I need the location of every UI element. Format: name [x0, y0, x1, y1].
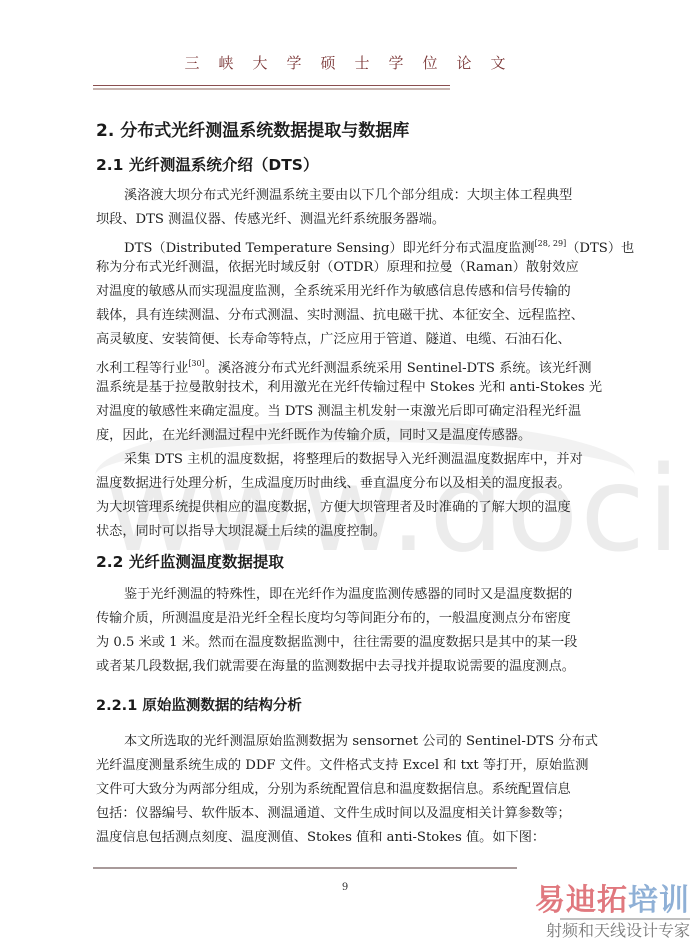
citation-28-29[interactable]: [28, 29] [535, 239, 567, 248]
section-heading-2-2: 2.2 光纤监测温度数据提取 [96, 550, 284, 572]
paragraph-2-line-4: 载体，具有连续测温、分布式测温、实时测温、抗电磁干扰、本征安全、远程监控、 [96, 308, 584, 324]
paragraph-2-line-5: 高灵敏度、安装简便、长寿命等特点，广泛应用于管道、隧道、电缆、石油石化、 [96, 332, 571, 348]
paragraph-5-line-5: 温度信息包括测点刻度、温度测值、Stokes 值和 anti-Stokes 值。… [96, 830, 545, 846]
header-rule-dark [93, 85, 450, 86]
paragraph-3-line-2: 温度数据进行处理分析，生成温度历时曲线、垂直温度分布以及相关的温度报表。 [96, 476, 571, 492]
paragraph-2-line-1-tail: （DTS）也 [566, 241, 634, 256]
paragraph-2-line-9: 度，因此，在光纤测温过程中光纤既作为传输介质，同时又是温度传感器。 [96, 428, 531, 444]
corner-logo-blue-text: 培训 [628, 883, 690, 918]
paragraph-3-line-3: 为大坝管理系统提供相应的温度数据，方便大坝管理者及时准确的了解大坝的温度 [96, 500, 571, 516]
paragraph-1-line-2: 坝段、DTS 测温仪器、传感光纤、测温光纤系统服务器端。 [96, 212, 445, 228]
corner-logo-red-text: 易迪拓 [535, 883, 628, 918]
citation-30[interactable]: [30] [188, 359, 204, 368]
paragraph-3-line-1: 采集 DTS 主机的温度数据，将整理后的数据导入光纤测温温度数据库中，并对 [124, 452, 583, 468]
paragraph-2-line-1: DTS（Distributed Temperature Sensing）即光纤分… [124, 236, 634, 257]
paragraph-2-line-2: 称为分布式光纤测温，依据光时域反射（OTDR）原理和拉曼（Raman）散射效应 [96, 260, 579, 276]
paragraph-5-line-4: 包括：仪器编号、软件版本、测温通道、文件生成时间以及温度相关计算参数等； [96, 806, 571, 822]
header-rule-light [93, 88, 450, 90]
paragraph-4-line-4: 或者某几段数据,我们就需要在海量的监测数据中去寻找并提取说需要的温度测点。 [96, 659, 575, 675]
paragraph-5-line-1: 本文所选取的光纤测温原始监测数据为 sensornet 公司的 Sentinel… [124, 734, 598, 750]
paragraph-2-line-8: 对温度的敏感性来确定温度。当 DTS 测温主机发射一束激光后即可确定沿程光纤温 [96, 404, 581, 420]
subsection-heading-2-2-1: 2.2.1 原始监测数据的结构分析 [96, 694, 302, 715]
paragraph-5-line-2: 光纤温度测量系统生成的 DDF 文件。文件格式支持 Excel 和 txt 等打… [96, 758, 588, 774]
running-header-title: 三峡大学硕士学位论文 [0, 52, 690, 73]
chapter-heading: 2. 分布式光纤测温系统数据提取与数据库 [96, 116, 409, 141]
paragraph-3-line-4: 状态，同时可以指导大坝混凝土后续的温度控制。 [96, 524, 386, 540]
footer-rule [93, 867, 517, 869]
paragraph-5-line-3: 文件可大致分为两部分组成，分别为系统配置信息和温度数据信息。系统配置信息 [96, 782, 571, 798]
corner-logo-subtitle: 射频和天线设计专家 [505, 920, 690, 942]
paragraph-4-line-3: 为 0.5 米或 1 米。然而在温度数据监测中，往往需要的温度数据只是其中的某一… [96, 635, 577, 651]
section-heading-2-1: 2.1 光纤测温系统介绍（DTS） [96, 153, 318, 175]
paragraph-2-line-1-text: DTS（Distributed Temperature Sensing）即光纤分… [124, 241, 535, 256]
paragraph-2-line-7: 温系统是基于拉曼散射技术，利用激光在光纤传输过程中 Stokes 光和 anti… [96, 380, 602, 396]
paragraph-2-line-6: 水利工程等行业[30]。溪洛渡分布式光纤测温系统采用 Sentinel-DTS … [96, 356, 591, 377]
paragraph-4-line-1: 鉴于光纤测温的特殊性，即在光纤作为温度监测传感器的同时又是温度数据的 [124, 587, 572, 603]
corner-watermark-logo: 易迪拓培训 射频和天线设计专家 [505, 884, 690, 942]
paragraph-2-line-3: 对温度的敏感从而实现温度监测，全系统采用光纤作为敏感信息传感和信号传输的 [96, 284, 571, 300]
paragraph-4-line-2: 传输介质，所测温度是沿光纤全程长度均匀等间距分布的，一般温度测点分布密度 [96, 611, 571, 627]
paragraph-2-line-6-tail: 。溪洛渡分布式光纤测温系统采用 Sentinel-DTS 系统。该光纤测 [205, 361, 592, 376]
paragraph-2-line-6-text: 水利工程等行业 [96, 361, 188, 376]
paragraph-1-line-1: 溪洛渡大坝分布式光纤测温系统主要由以下几个部分组成：大坝主体工程典型 [124, 188, 572, 204]
corner-logo-main: 易迪拓培训 [505, 884, 690, 918]
